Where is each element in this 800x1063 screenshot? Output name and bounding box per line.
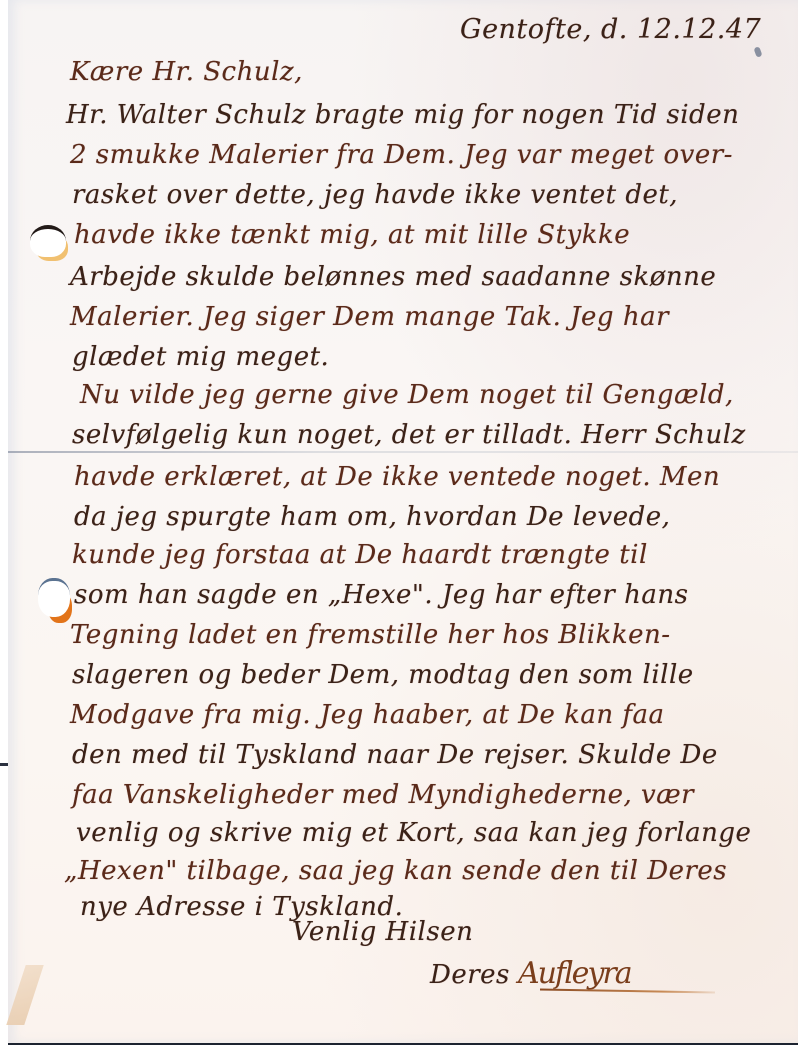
body-line: havde erklæret, at De ikke ventede noget…	[74, 462, 720, 492]
body-line: Tegning ladet en fremstille her hos Blik…	[70, 620, 671, 650]
closing: Venlig Hilsen	[292, 917, 473, 947]
body-line: Nu vilde jeg gerne give Dem noget til Ge…	[80, 380, 734, 410]
body-line: venlig og skrive mig et Kort, saa kan je…	[76, 818, 751, 848]
place-date: Gentofte, d. 12.12.47	[460, 14, 761, 45]
scanned-letter: Gentofte, d. 12.12.47 Kære Hr. Schulz, H…	[0, 0, 800, 1063]
body-line: Hr. Walter Schulz bragte mig for nogen T…	[66, 100, 739, 130]
salutation: Kære Hr. Schulz,	[70, 57, 303, 87]
body-line: da jeg spurgte ham om, hvordan De levede…	[74, 502, 670, 532]
body-line: slageren og beder Dem, modtag den som li…	[72, 660, 694, 690]
body-line: rasket over dette, jeg havde ikke ventet…	[72, 180, 678, 210]
signature-prefix: Deres	[430, 960, 510, 990]
body-line: Malerier. Jeg siger Dem mange Tak. Jeg h…	[70, 302, 669, 332]
body-line: „Hexen" tilbage, saa jeg kan sende den t…	[64, 856, 727, 886]
body-line: faa Vanskeligheder med Myndighederne, væ…	[72, 780, 694, 810]
body-line: selvfølgelig kun noget, det er tilladt. …	[72, 420, 746, 450]
body-line: havde ikke tænkt mig, at mit lille Stykk…	[74, 220, 630, 250]
signature: Aufleyra	[518, 956, 631, 991]
body-line: Arbejde skulde belønnes med saadanne skø…	[70, 262, 716, 292]
body-line: den med til Tyskland naar De rejser. Sku…	[72, 740, 718, 770]
body-line: glædet mig meget.	[72, 342, 329, 372]
body-line: som han sagde en „Hexe". Jeg har efter h…	[74, 580, 688, 610]
body-line: kunde jeg forstaa at De haardt trængte t…	[72, 540, 648, 570]
signature-flourish	[540, 988, 715, 993]
letter-content: Gentofte, d. 12.12.47 Kære Hr. Schulz, H…	[0, 0, 800, 1063]
body-line: 2 smukke Malerier fra Dem. Jeg var meget…	[70, 140, 733, 170]
body-line: Modgave fra mig. Jeg haaber, at De kan f…	[70, 700, 665, 730]
